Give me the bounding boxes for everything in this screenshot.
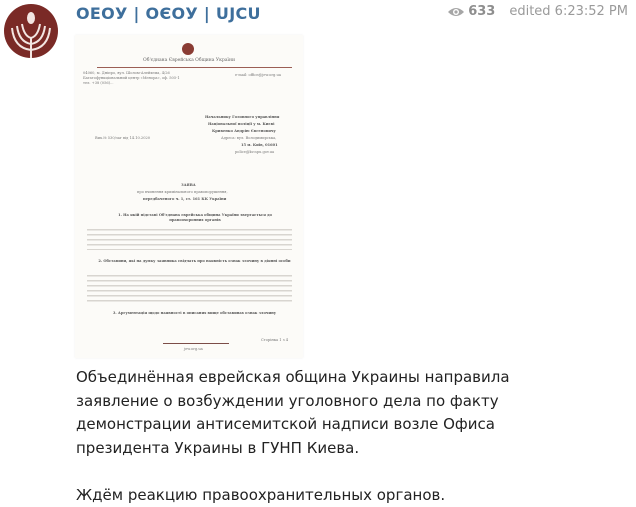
doc-address-line: тел. +38 (056)... — [83, 81, 114, 86]
view-count: 633 — [468, 4, 495, 19]
channel-avatar[interactable] — [4, 4, 58, 58]
doc-paragraph-2 — [87, 274, 292, 302]
org-logo-icon — [182, 43, 194, 55]
ujcu-logo-icon — [4, 4, 58, 58]
doc-subtitle: про вчинення кримінального правопорушенн… — [137, 190, 228, 195]
edited-timestamp: edited 6:23:52 PM — [509, 4, 628, 19]
doc-email: e-mail: office@jew.org.ua — [235, 73, 281, 78]
document-photo[interactable]: Об'єднана Єврейська Община України 04060… — [75, 35, 303, 358]
doc-recipient-line: Національної поліції у м. Києві — [208, 122, 274, 127]
doc-outgoing-number: Вих.№ 530/заг від 14.10.2020 — [95, 136, 150, 141]
doc-org-name: Об'єднана Єврейська Община України — [75, 58, 303, 63]
doc-section-1: 1. На якій підставі Об'єднана єврейська … — [105, 213, 285, 223]
post-text: Объединённая еврейская община Украины на… — [76, 366, 510, 507]
post-line: Ждём реакцию правоохранительных органов. — [76, 484, 510, 507]
post-line: Объединённая еврейская община Украины на… — [76, 366, 510, 390]
doc-recipient-line: Кривенко Андрію Євгеновичу — [212, 129, 276, 134]
post-line: президента Украины в ГУНП Киева. — [76, 437, 510, 461]
eye-icon — [448, 6, 464, 18]
doc-recipient-line: Начальнику Головного управління — [205, 115, 279, 120]
post-meta: 633 edited 6:23:52 PM — [448, 4, 628, 19]
doc-page-label: Сторінка 1 з 4 — [261, 338, 288, 343]
post-line: демонстрации антисемитской надписи возле… — [76, 413, 510, 437]
doc-paragraph-1 — [87, 228, 292, 250]
doc-section-2: 2. Обставини, які на думку заявника свід… — [97, 259, 292, 264]
doc-recipient-line: 15 м. Київ, 01601 — [241, 143, 278, 148]
post-line: заявление о возбуждении уголовного дела … — [76, 390, 510, 414]
doc-title: ЗАЯВА — [181, 183, 196, 188]
channel-name[interactable]: ОЕОУ | ОЄОУ | UJCU — [76, 4, 261, 23]
doc-recipient-line: Адреса: вул. Володимирська, — [221, 136, 276, 141]
doc-header-rule — [97, 67, 292, 68]
doc-subtitle: передбаченого ч. 1, ст. 161 КК України — [143, 197, 226, 202]
doc-footer-rule — [163, 343, 229, 344]
doc-recipient-line: police@kv.npu.gov.ua — [235, 150, 274, 155]
doc-section-3: 3. Аргументація щодо наявності в описани… — [97, 311, 292, 316]
doc-footer-url: jew.org.ua — [184, 347, 203, 352]
